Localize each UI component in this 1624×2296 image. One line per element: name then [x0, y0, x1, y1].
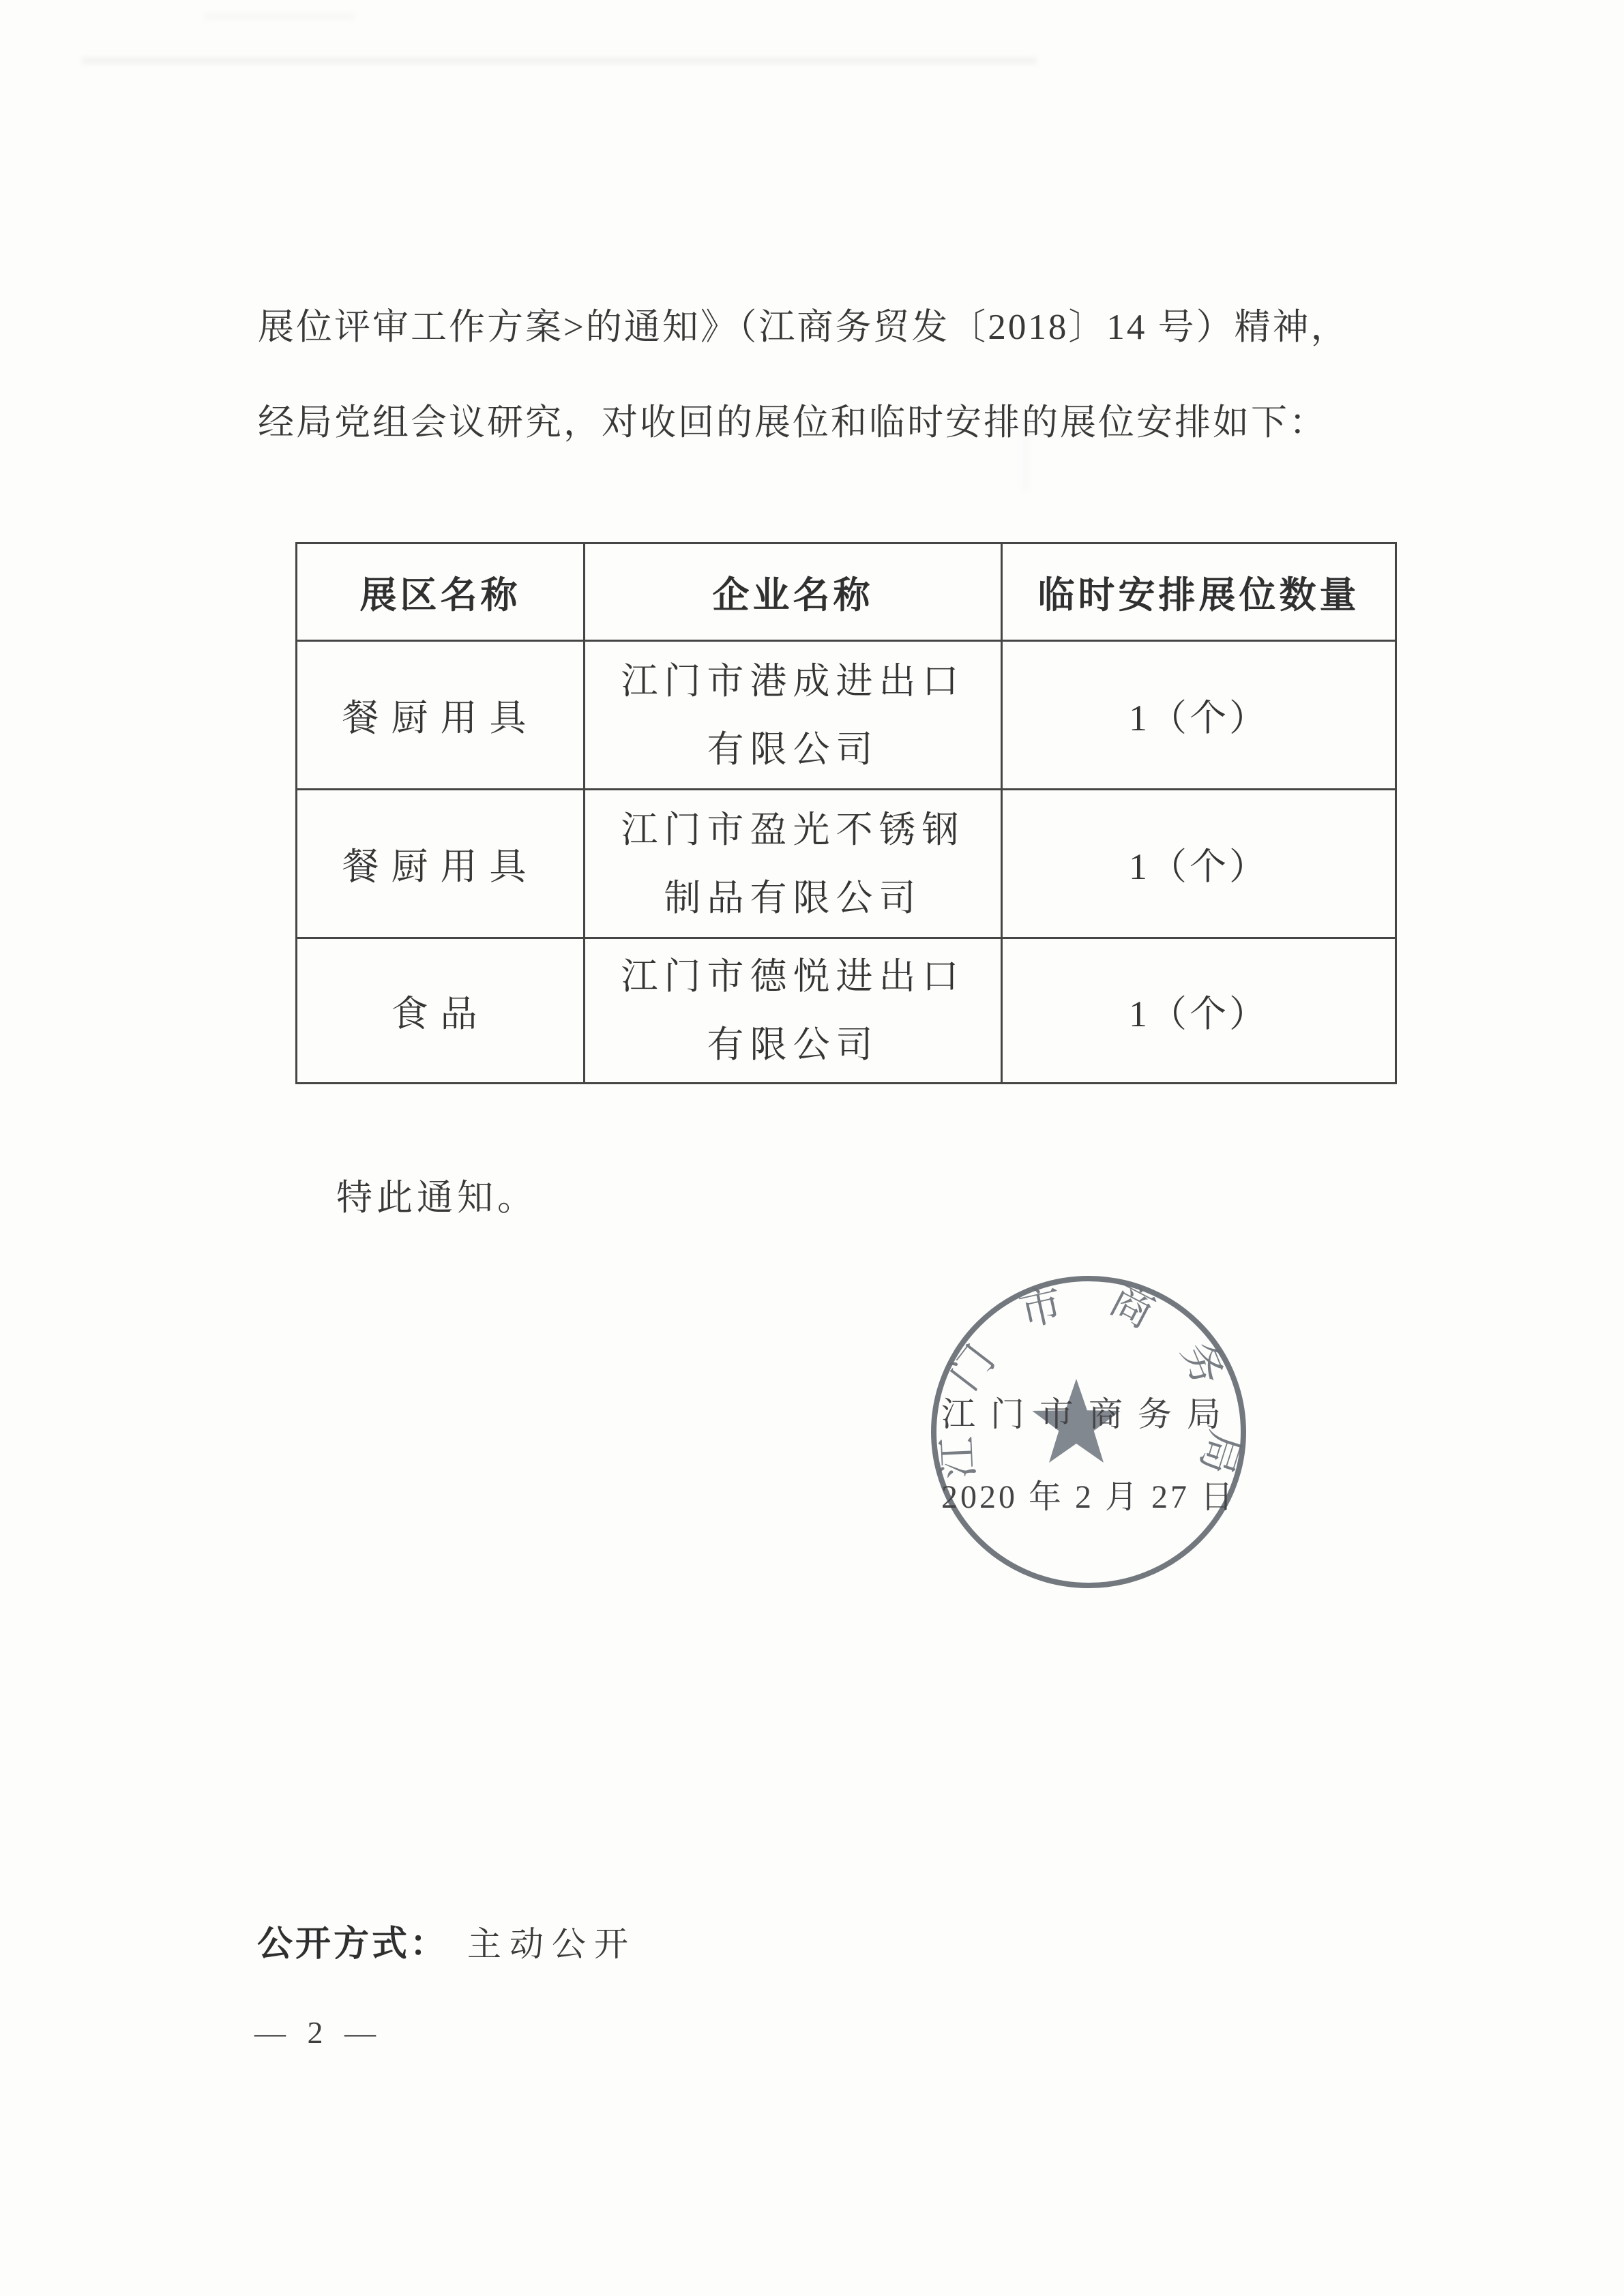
table-row: 餐厨用具 江门市盈光不锈钢 制品有限公司 1（个）: [297, 790, 1396, 938]
company-name-line: 有限公司: [585, 715, 1001, 784]
company-name-line: 有限公司: [585, 1011, 1001, 1079]
area-cell: 餐厨用具: [297, 790, 585, 938]
company-name-line: 江门市德悦进出口: [585, 942, 1001, 1011]
scan-artifact: [82, 57, 1037, 64]
col-header-company-name: 企业名称: [585, 543, 1002, 641]
disclosure-value: 主动公开: [467, 1925, 636, 1963]
paragraph-line-2: 经局党组会议研究，对收回的展位和临时安排的展位安排如下：: [258, 401, 1458, 445]
document-page: 展位评审工作方案>的通知》（江商务贸发〔2018〕14 号）精神， 经局党组会议…: [0, 0, 1624, 2296]
disclosure-line: 公开方式：主动公开: [257, 1915, 636, 1966]
company-name-line: 江门市盈光不锈钢: [585, 796, 1001, 864]
company-name-line: 江门市港成进出口: [585, 647, 1001, 715]
count-cell: 1（个）: [1002, 938, 1396, 1084]
count-cell: 1（个）: [1002, 790, 1396, 938]
company-cell: 江门市港成进出口 有限公司: [585, 641, 1002, 790]
table-row: 餐厨用具 江门市港成进出口 有限公司 1（个）: [297, 641, 1396, 790]
area-cell: 食品: [297, 938, 585, 1084]
closing-line: 特此通知。: [336, 1169, 537, 1221]
signature-org: 江门市商务局: [929, 1387, 1248, 1436]
table-header-row: 展区名称 企业名称 临时安排展位数量: [297, 543, 1396, 641]
page-number: — 2 —: [254, 2014, 383, 2051]
signature-date: 2020 年 2 月 27 日: [922, 1470, 1255, 1517]
booth-assignment-table: 展区名称 企业名称 临时安排展位数量 餐厨用具 江门市港成进出口 有限公司 1（…: [295, 542, 1397, 1084]
col-header-booth-count: 临时安排展位数量: [1002, 543, 1396, 641]
disclosure-label: 公开方式：: [257, 1924, 448, 1964]
company-name-line: 制品有限公司: [585, 864, 1001, 932]
scan-artifact: [205, 14, 355, 19]
area-cell: 餐厨用具: [297, 641, 585, 790]
table-row: 食品 江门市德悦进出口 有限公司 1（个）: [297, 938, 1396, 1084]
paragraph-line-1: 展位评审工作方案>的通知》（江商务贸发〔2018〕14 号）精神，: [258, 305, 1458, 349]
count-cell: 1（个）: [1002, 641, 1396, 790]
company-cell: 江门市德悦进出口 有限公司: [585, 938, 1002, 1084]
company-cell: 江门市盈光不锈钢 制品有限公司: [585, 790, 1002, 938]
col-header-exhibition-area: 展区名称: [297, 543, 585, 641]
